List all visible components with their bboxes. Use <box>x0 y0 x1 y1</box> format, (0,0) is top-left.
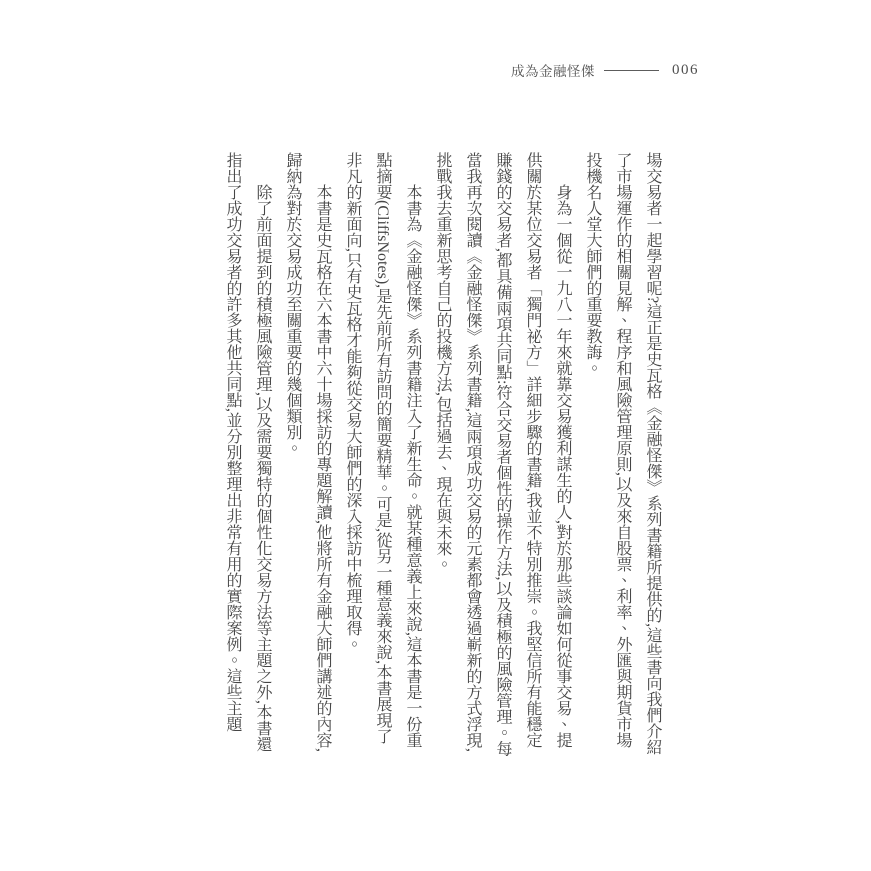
book-page: 成為金融怪傑 006 場交易者一起學習呢?這正是史瓦格《金融怪傑》系列書籍所提供… <box>0 0 871 871</box>
paragraph: 除了前面提到的積極風險管理,以及需要獨特的個性化交易方法等主題之外,本書還指出了… <box>217 152 277 760</box>
paragraph: 場交易者一起學習呢?這正是史瓦格《金融怪傑》系列書籍所提供的,這些書向我們介紹了… <box>577 152 667 760</box>
page-number: 006 <box>672 62 699 79</box>
paragraph: 本書是史瓦格在六本書中六十場採訪的專題解讀,他將所有金融大師們講述的內容,歸納為… <box>277 152 337 760</box>
running-header: 成為金融怪傑 006 <box>511 60 699 80</box>
paragraph: 本書為《金融怪傑》系列書籍注入了新生命。就某種意義上來說,這本書是一份重點摘要(… <box>337 152 427 760</box>
header-rule-line <box>604 70 659 71</box>
body-text: 場交易者一起學習呢?這正是史瓦格《金融怪傑》系列書籍所提供的,這些書向我們介紹了… <box>217 152 667 760</box>
book-title: 成為金融怪傑 <box>511 60 595 80</box>
paragraph: 身為一個從一九八一年來就靠交易獲利謀生的人,對於那些談論如何從事交易、提供關於某… <box>427 152 577 760</box>
